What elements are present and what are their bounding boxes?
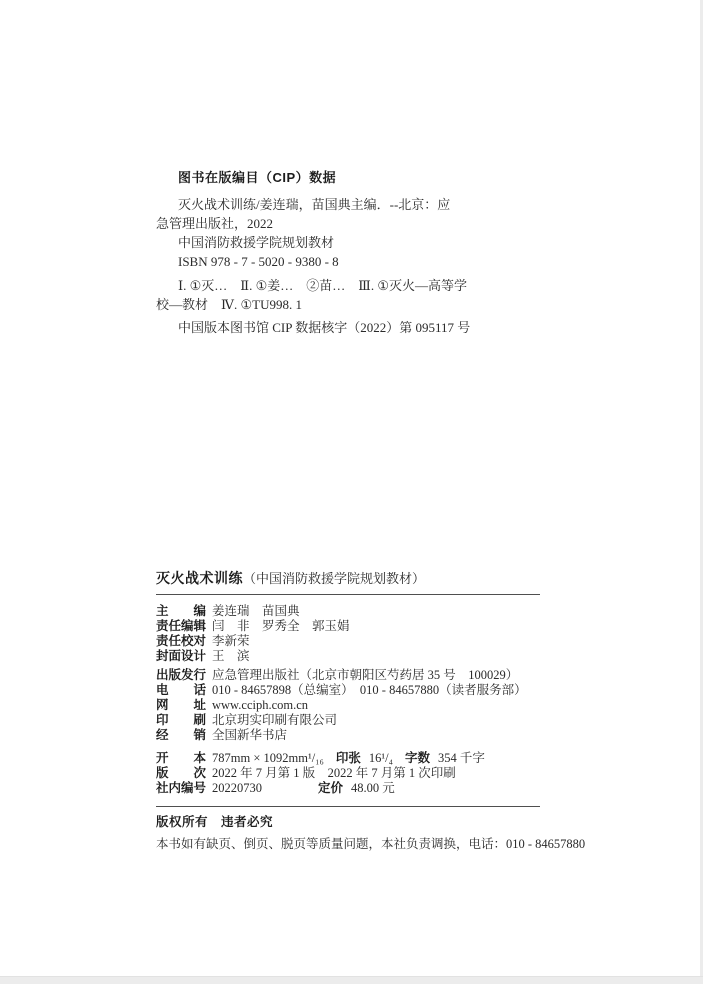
- row-label: 主 编: [156, 604, 210, 619]
- row-value: 姜连瑞 苗国典: [212, 604, 300, 619]
- colophon-block: 灭火战术训练（中国消防救援学院规划教材） 主 编 姜连瑞 苗国典 责任编辑 闫 …: [156, 569, 576, 852]
- publisher-row: 电 话 010 - 84657898（总编室） 010 - 84657880（读…: [156, 683, 576, 698]
- book-copyright-page: 图书在版编目（CIP）数据 灭火战术训练/姜连瑞，苗国典主编．--北京：应 急管…: [0, 0, 703, 984]
- staff-rows: 主 编 姜连瑞 苗国典 责任编辑 闫 非 罗秀全 郭玉娟 责任校对 李新荣 封面…: [156, 604, 576, 664]
- edition-value: 2022 年 7 月第 1 版 2022 年 7 月第 1 次印刷: [212, 766, 456, 781]
- row-label: 网 址: [156, 698, 210, 713]
- row-value: 应急管理出版社（北京市朝阳区芍药居 35 号 100029）: [212, 668, 518, 683]
- row-value: 闫 非 罗秀全 郭玉娟: [212, 619, 350, 634]
- row-label: 封面设计: [156, 649, 210, 664]
- row-label: 责任校对: [156, 634, 210, 649]
- row-value: 010 - 84657898（总编室） 010 - 84657880（读者服务部…: [212, 683, 527, 698]
- publisher-row: 出版发行 应急管理出版社（北京市朝阳区芍药居 35 号 100029）: [156, 668, 576, 683]
- row-value: 北京玥实印刷有限公司: [212, 713, 337, 728]
- staff-row: 封面设计 王 滨: [156, 649, 576, 664]
- wordcount-label: 字数: [405, 751, 430, 766]
- copyright-divider: [156, 806, 540, 807]
- edition-label: 版 次: [156, 766, 210, 781]
- wordcount-value: 354 千字: [438, 751, 485, 766]
- row-label: 经 销: [156, 728, 210, 743]
- format-label: 开 本: [156, 751, 210, 766]
- cip-series-line: 中国消防救援学院规划教材: [156, 233, 576, 252]
- page-edge-bottom: [0, 976, 703, 984]
- spec-rows: 开 本 787mm × 1092mm¹/₁₆ 印张 16¹/₄ 字数 354 千…: [156, 751, 576, 796]
- website-url: www.cciph.com.cn: [212, 698, 308, 713]
- row-value: 李新荣: [212, 634, 250, 649]
- row-value: 全国新华书店: [212, 728, 287, 743]
- row-value: 王 滨: [212, 649, 250, 664]
- price-label: 定价: [318, 781, 343, 796]
- row-label: 印 刷: [156, 713, 210, 728]
- serial-value: 20220730: [212, 781, 318, 796]
- cip-record-number-line: 中国版本图书馆 CIP 数据核字（2022）第 095117 号: [156, 318, 576, 337]
- cip-header: 图书在版编目（CIP）数据: [156, 170, 576, 186]
- cip-description-line-1: 灭火战术训练/姜连瑞，苗国典主编．--北京：应: [156, 195, 576, 214]
- quality-notice: 本书如有缺页、倒页、脱页等质量问题，本社负责调换，电话：010 - 846578…: [156, 837, 576, 852]
- edition-row: 版 次 2022 年 7 月第 1 版 2022 年 7 月第 1 次印刷: [156, 766, 576, 781]
- cip-block: 图书在版编目（CIP）数据 灭火战术训练/姜连瑞，苗国典主编．--北京：应 急管…: [156, 170, 576, 337]
- serial-row: 社内编号 20220730 定价 48.00 元: [156, 781, 576, 796]
- serial-label: 社内编号: [156, 781, 210, 796]
- publisher-row: 印 刷 北京玥实印刷有限公司: [156, 713, 576, 728]
- book-title-note: （中国消防救援学院规划教材）: [243, 571, 425, 586]
- cip-description-line-2: 急管理出版社，2022: [156, 214, 576, 233]
- row-label: 电 话: [156, 683, 210, 698]
- staff-row: 主 编 姜连瑞 苗国典: [156, 604, 576, 619]
- staff-row: 责任校对 李新荣: [156, 634, 576, 649]
- title-divider: [156, 594, 540, 595]
- publisher-row: 网 址 www.cciph.com.cn: [156, 698, 576, 713]
- sheets-label: 印张: [336, 751, 361, 766]
- staff-row: 责任编辑 闫 非 罗秀全 郭玉娟: [156, 619, 576, 634]
- publisher-row: 经 销 全国新华书店: [156, 728, 576, 743]
- row-label: 出版发行: [156, 668, 210, 683]
- cip-classification-line-1: Ⅰ. ①灭… Ⅱ. ①姜… ②苗… Ⅲ. ①灭火—高等学: [156, 276, 576, 295]
- sheets-value: 16¹/₄: [369, 751, 393, 766]
- format-row: 开 本 787mm × 1092mm¹/₁₆ 印张 16¹/₄ 字数 354 千…: [156, 751, 576, 766]
- price-value: 48.00 元: [351, 781, 395, 796]
- publisher-rows: 出版发行 应急管理出版社（北京市朝阳区芍药居 35 号 100029） 电 话 …: [156, 668, 576, 743]
- copyright-notice: 版权所有 违者必究: [156, 815, 576, 830]
- format-value: 787mm × 1092mm¹/₁₆: [212, 751, 324, 766]
- row-label: 责任编辑: [156, 619, 210, 634]
- cip-classification-line-2: 校—教材 Ⅳ. ①TU998. 1: [156, 295, 576, 314]
- cip-isbn-line: ISBN 978 - 7 - 5020 - 9380 - 8: [156, 252, 576, 271]
- book-title-line: 灭火战术训练（中国消防救援学院规划教材）: [156, 569, 576, 588]
- book-title: 灭火战术训练: [156, 570, 243, 586]
